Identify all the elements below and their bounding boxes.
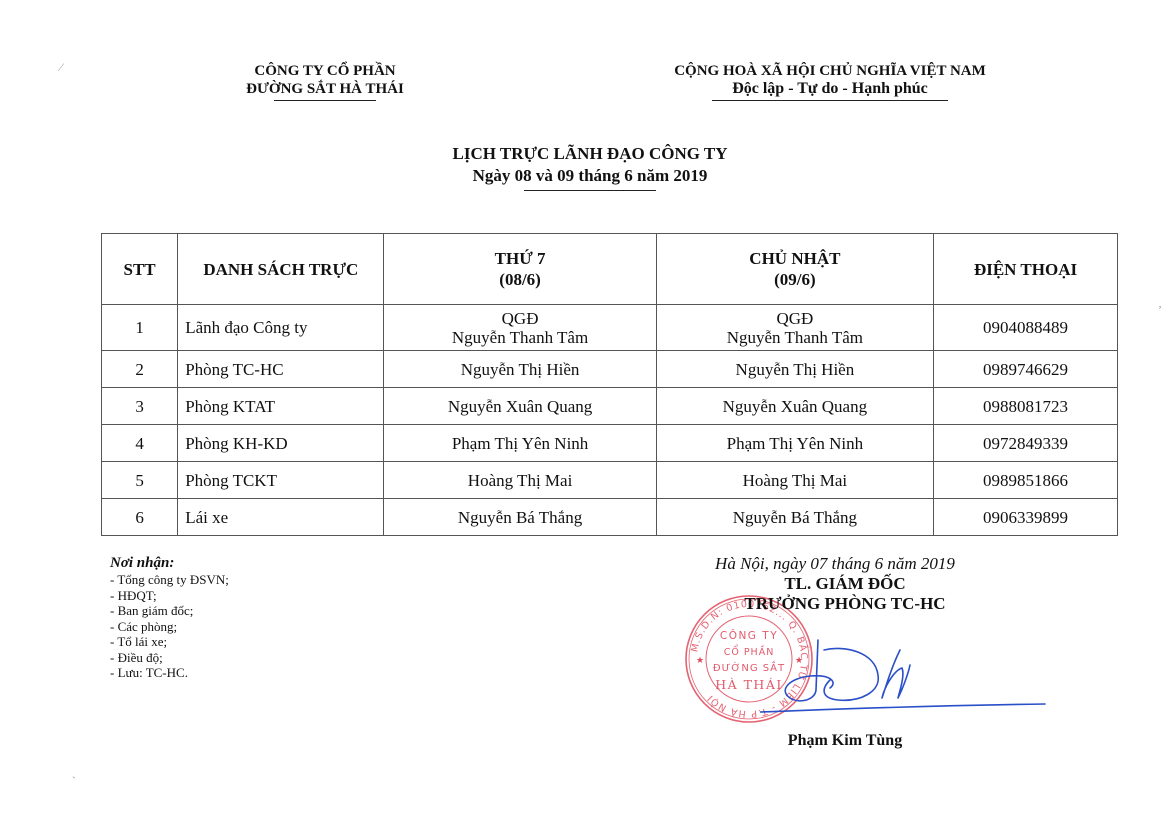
header-saturday-day: THỨ 7 [390, 248, 649, 269]
cell-dept: Phòng TC-HC [178, 351, 384, 388]
cell-dept: Phòng KTAT [178, 388, 384, 425]
table-row: 4 Phòng KH-KD Phạm Thị Yên Ninh Phạm Thị… [102, 425, 1118, 462]
signer-name: Phạm Kim Tùng [745, 732, 945, 750]
recipients-label: Nơi nhận: [110, 555, 350, 572]
header-stt: STT [102, 234, 178, 305]
national-motto: Độc lập - Tự do - Hạnh phúc [630, 80, 1030, 98]
scan-speck: ˏ [72, 765, 76, 780]
recipient-item: - Tổng công ty ĐSVN; [110, 572, 350, 588]
cell-stt: 1 [102, 305, 178, 351]
header-saturday: THỨ 7 (08/6) [384, 234, 656, 305]
cell-sunday-title: QGĐ [663, 309, 927, 328]
cell-phone: 0906339899 [934, 499, 1118, 536]
document-title: LỊCH TRỰC LÃNH ĐẠO CÔNG TY [350, 143, 830, 165]
cell-saturday-name: Nguyễn Thanh Tâm [390, 328, 649, 347]
company-header: CÔNG TY CỔ PHẦN ĐƯỜNG SẮT HÀ THÁI [200, 62, 450, 101]
cell-phone: 0972849339 [934, 425, 1118, 462]
national-title: CỘNG HOÀ XÃ HỘI CHỦ NGHĨA VIỆT NAM [630, 62, 1030, 80]
cell-stt: 3 [102, 388, 178, 425]
recipient-item: - Điều độ; [110, 650, 350, 666]
recipient-item: - Ban giám đốc; [110, 603, 350, 619]
recipient-item: - Các phòng; [110, 619, 350, 635]
table-row: 6 Lái xe Nguyễn Bá Thắng Nguyễn Bá Thắng… [102, 499, 1118, 536]
table-row: 1 Lãnh đạo Công ty QGĐ Nguyễn Thanh Tâm … [102, 305, 1118, 351]
table-row: 5 Phòng TCKT Hoàng Thị Mai Hoàng Thị Mai… [102, 462, 1118, 499]
cell-dept: Lái xe [178, 499, 384, 536]
header-sunday-day: CHỦ NHẬT [663, 248, 927, 269]
cell-saturday: Nguyễn Thị Hiền [384, 351, 656, 388]
cell-dept: Lãnh đạo Công ty [178, 305, 384, 351]
cell-phone: 0989746629 [934, 351, 1118, 388]
recipient-item: - Lưu: TC-HC. [110, 665, 350, 681]
company-name-line2: ĐƯỜNG SẮT HÀ THÁI [200, 80, 450, 98]
cell-sunday: Nguyễn Thị Hiền [656, 351, 933, 388]
table-row: 3 Phòng KTAT Nguyễn Xuân Quang Nguyễn Xu… [102, 388, 1118, 425]
company-header-underline [274, 100, 376, 101]
header-phone: ĐIỆN THOẠI [934, 234, 1118, 305]
cell-stt: 5 [102, 462, 178, 499]
cell-sunday: Nguyễn Xuân Quang [656, 388, 933, 425]
document-subtitle: Ngày 08 và 09 tháng 6 năm 2019 [350, 165, 830, 187]
handwritten-signature [760, 630, 1060, 730]
signature-on-behalf: TL. GIÁM ĐỐC [680, 574, 1010, 594]
signature-block: Hà Nội, ngày 07 tháng 6 năm 2019 TL. GIÁ… [680, 554, 1010, 614]
table-row: 2 Phòng TC-HC Nguyễn Thị Hiền Nguyễn Thị… [102, 351, 1118, 388]
cell-dept: Phòng KH-KD [178, 425, 384, 462]
cell-saturday: QGĐ Nguyễn Thanh Tâm [384, 305, 656, 351]
duty-schedule-table: STT DANH SÁCH TRỰC THỨ 7 (08/6) CHỦ NHẬT… [101, 233, 1118, 536]
cell-sunday-name: Nguyễn Thanh Tâm [663, 328, 927, 347]
cell-phone: 0989851866 [934, 462, 1118, 499]
recipient-item: - Tổ lái xe; [110, 634, 350, 650]
table-header-row: STT DANH SÁCH TRỰC THỨ 7 (08/6) CHỦ NHẬT… [102, 234, 1118, 305]
cell-dept: Phòng TCKT [178, 462, 384, 499]
document-title-block: LỊCH TRỰC LÃNH ĐẠO CÔNG TY Ngày 08 và 09… [350, 143, 830, 191]
cell-stt: 2 [102, 351, 178, 388]
cell-sunday: Phạm Thị Yên Ninh [656, 425, 933, 462]
national-motto-underline [712, 100, 948, 101]
cell-saturday: Hoàng Thị Mai [384, 462, 656, 499]
cell-saturday: Nguyễn Xuân Quang [384, 388, 656, 425]
title-underline [524, 190, 656, 191]
svg-text:★: ★ [696, 656, 704, 666]
cell-stt: 6 [102, 499, 178, 536]
recipients-block: Nơi nhận: - Tổng công ty ĐSVN; - HĐQT; -… [110, 555, 350, 681]
place-and-date: Hà Nội, ngày 07 tháng 6 năm 2019 [660, 554, 1010, 574]
cell-saturday-title: QGĐ [390, 309, 649, 328]
recipient-item: - HĐQT; [110, 588, 350, 604]
header-saturday-date: (08/6) [390, 269, 649, 290]
cell-phone: 0904088489 [934, 305, 1118, 351]
company-name-line1: CÔNG TY CỔ PHẦN [200, 62, 450, 80]
header-duty-list: DANH SÁCH TRỰC [178, 234, 384, 305]
signature-position: TRƯỞNG PHÒNG TC-HC [680, 594, 1010, 614]
cell-stt: 4 [102, 425, 178, 462]
signature-scribble-icon [760, 630, 1060, 730]
cell-sunday: Nguyễn Bá Thắng [656, 499, 933, 536]
cell-phone: 0988081723 [934, 388, 1118, 425]
national-header: CỘNG HOÀ XÃ HỘI CHỦ NGHĨA VIỆT NAM Độc l… [630, 62, 1030, 101]
cell-sunday: QGĐ Nguyễn Thanh Tâm [656, 305, 933, 351]
cell-saturday: Phạm Thị Yên Ninh [384, 425, 656, 462]
cell-saturday: Nguyễn Bá Thắng [384, 499, 656, 536]
scan-speck: ⁄ [60, 60, 62, 75]
cell-sunday: Hoàng Thị Mai [656, 462, 933, 499]
header-sunday-date: (09/6) [663, 269, 927, 290]
scan-speck: ‚ [1158, 296, 1162, 311]
header-sunday: CHỦ NHẬT (09/6) [656, 234, 933, 305]
